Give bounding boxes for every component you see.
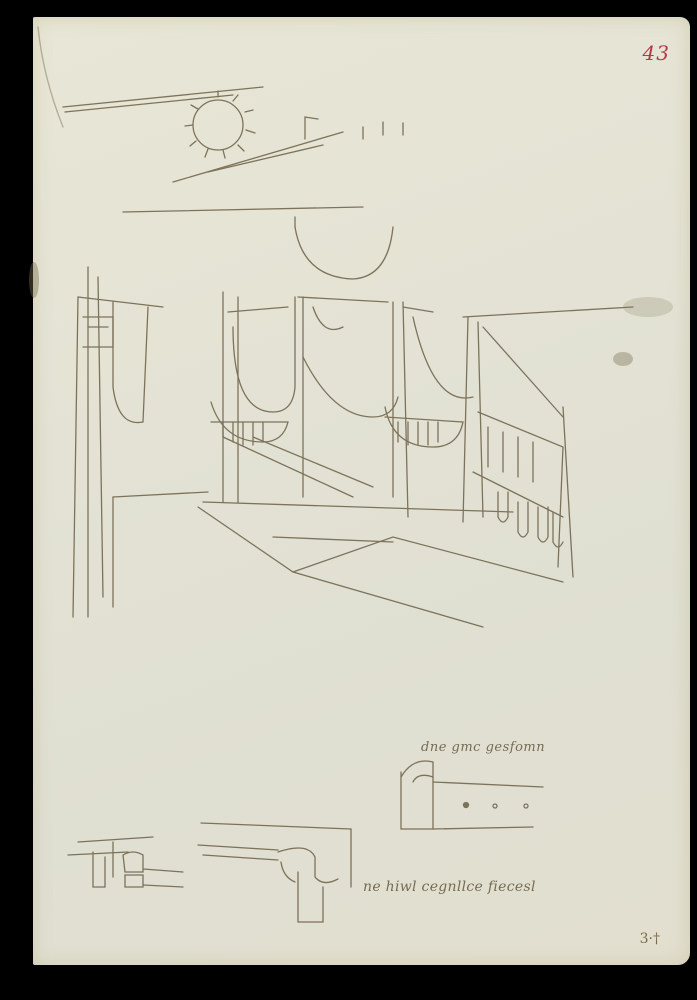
corner-mark: 3·† [640, 931, 660, 947]
sketch-drawings [33, 17, 690, 965]
stain [623, 297, 673, 317]
manuscript-page: 43 dne gmc gesfomn ne hiwl cegnllce fiec… [33, 17, 690, 965]
mirror-script-note-lower: ne hiwl cegnllce fiecesl [363, 879, 536, 895]
folio-number: 43 [643, 41, 670, 65]
mirror-script-note-upper: dne gmc gesfomn [421, 740, 545, 755]
stain [613, 352, 633, 366]
stain [29, 262, 39, 298]
